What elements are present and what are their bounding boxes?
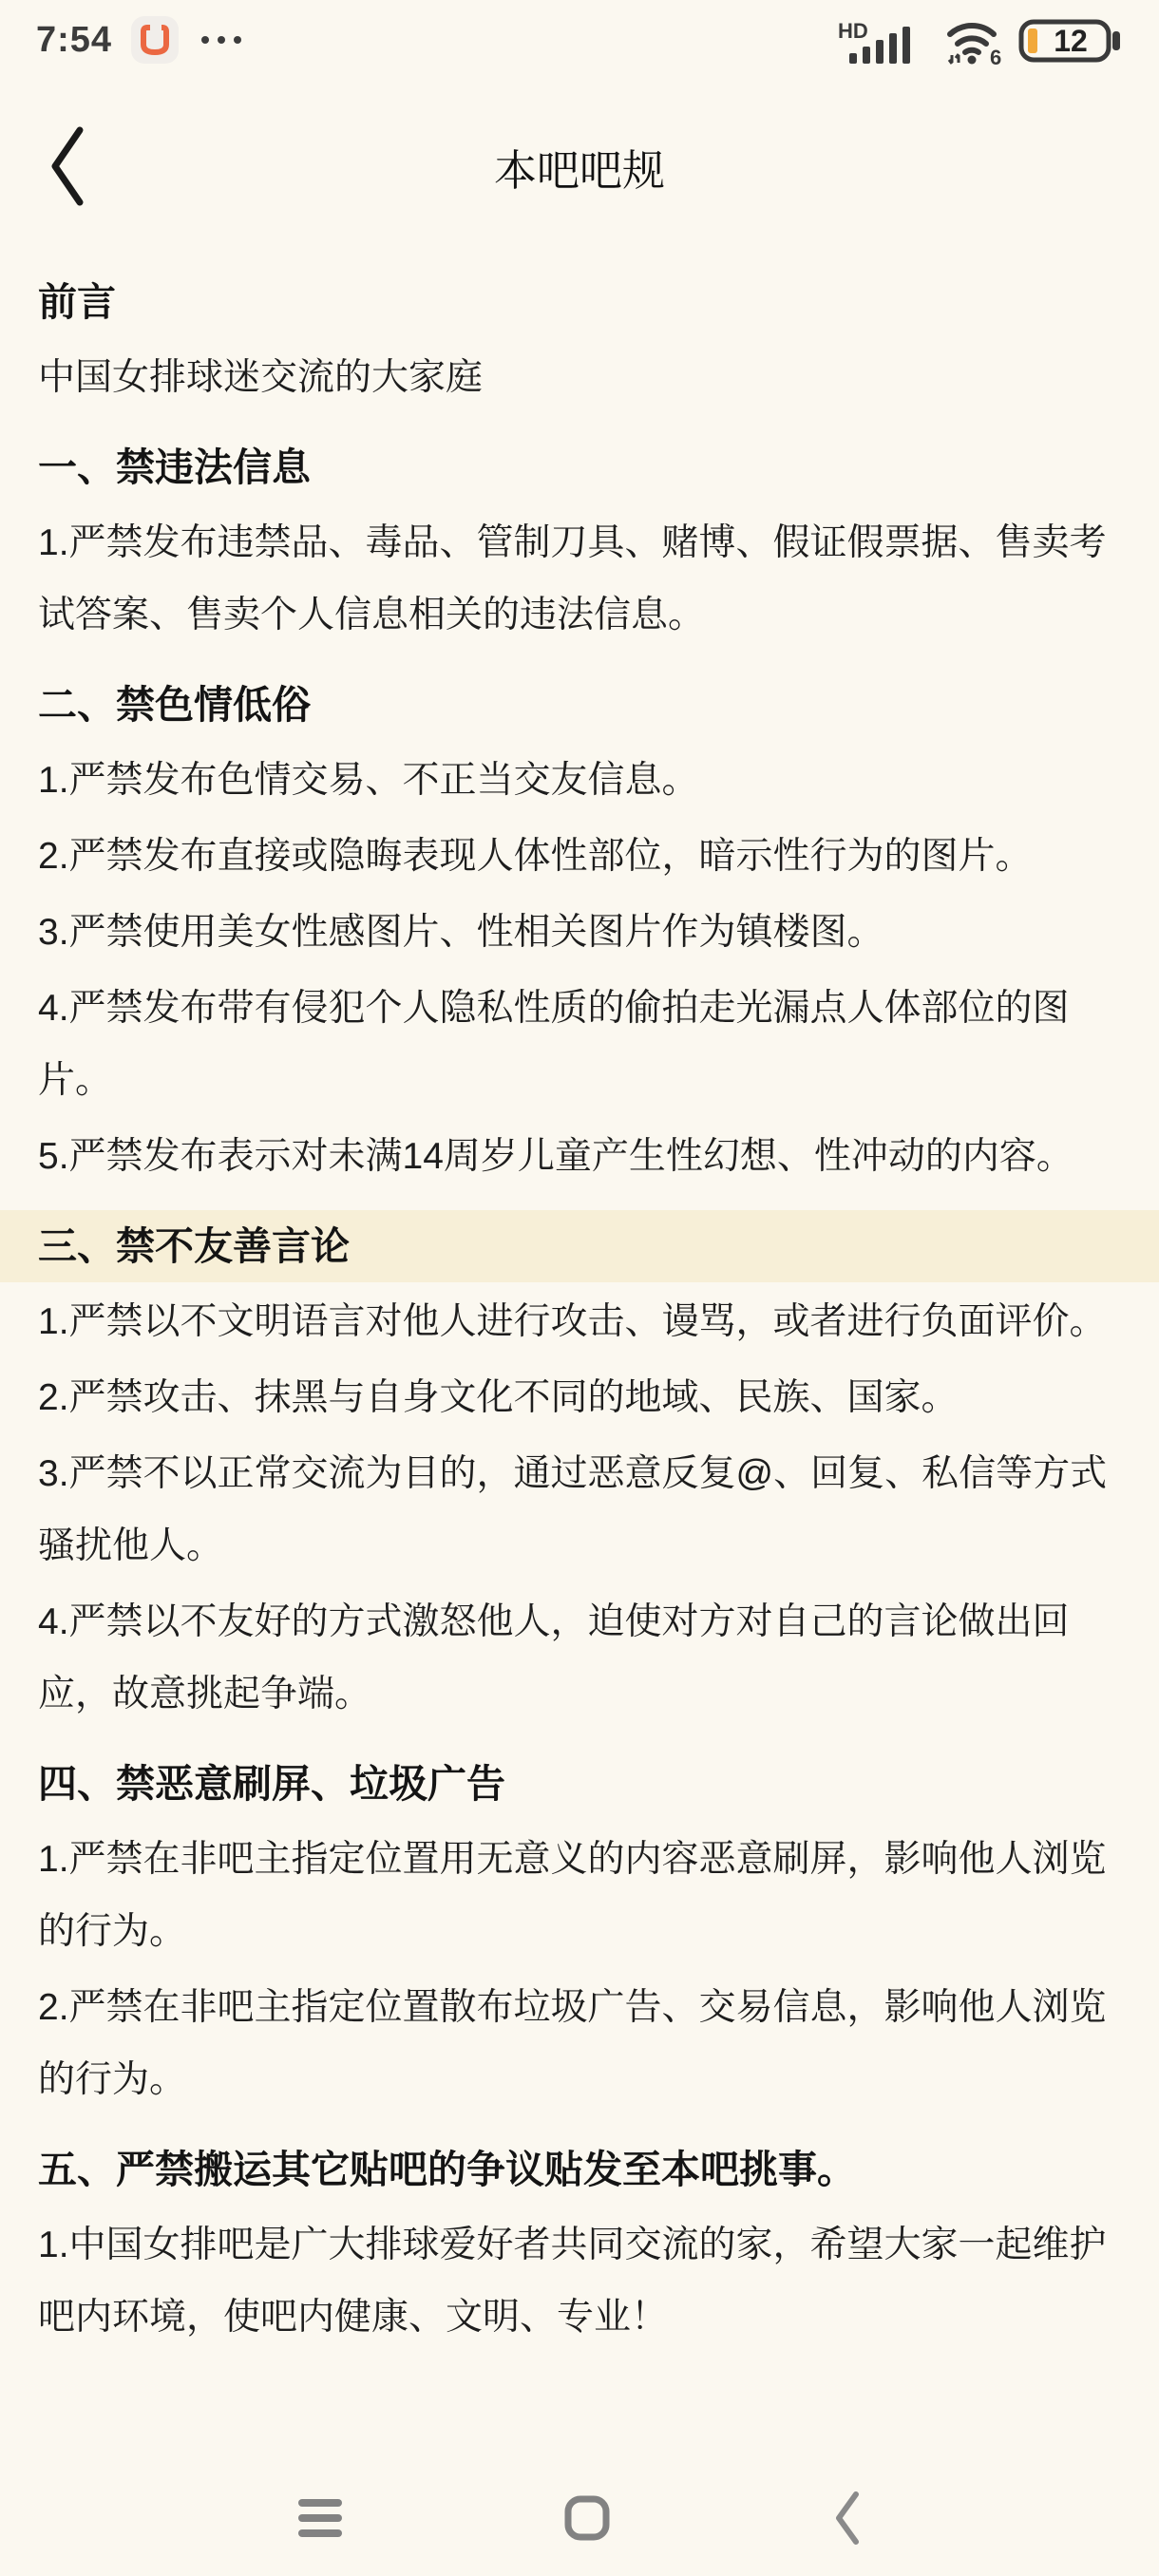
rule-item: 1.严禁在非吧主指定位置用无意义的内容恶意刷屏，影响他人浏览的行为。: [38, 1824, 1121, 1968]
rules-content: 前言 中国女排球迷交流的大家庭 一、禁违法信息 1.严禁发布违禁品、毒品、管制刀…: [0, 266, 1159, 2354]
battery-percent-label: 12: [1054, 24, 1088, 58]
rule-item: 3.严禁不以正常交流为目的，通过恶意反复@、回复、私信等方式骚扰他人。: [38, 1438, 1121, 1582]
rule-item: 4.严禁发布带有侵犯个人隐私性质的偷拍走光漏点人体部位的图片。: [38, 973, 1121, 1117]
section-heading-2: 二、禁色情低俗: [38, 669, 1121, 741]
rounded-square-icon: [564, 2495, 610, 2541]
section-heading-3: 三、禁不友善言论: [38, 1210, 1121, 1282]
recents-button[interactable]: [559, 2490, 616, 2547]
rule-item: 5.严禁发布表示对未满14周岁儿童产生性幻想、性冲动的内容。: [38, 1121, 1121, 1193]
back-button[interactable]: [40, 117, 95, 216]
status-bar-right: HD 6 12: [838, 15, 1123, 65]
section-heading-1: 一、禁违法信息: [38, 431, 1121, 503]
page-header: 本吧吧规: [0, 66, 1159, 266]
notification-ellipsis-icon: [198, 36, 241, 44]
clock: 7:54: [36, 20, 112, 61]
section-heading-5: 五、严禁搬运其它贴吧的争议贴发至本吧挑事。: [38, 2133, 1121, 2206]
wifi6-badge: 6: [990, 46, 1001, 65]
signal-strength-icon: HD: [838, 17, 929, 65]
nav-back-button[interactable]: [826, 2485, 866, 2551]
chevron-left-icon: [47, 124, 87, 208]
nav-chevron-left-icon: [832, 2491, 861, 2546]
menu-button[interactable]: [293, 2492, 348, 2544]
rule-item: 1.严禁发布违禁品、毒品、管制刀具、赌博、假证假票据、售卖考试答案、售卖个人信息…: [38, 507, 1121, 652]
battery-icon: 12: [1018, 15, 1123, 65]
hamburger-menu-icon: [298, 2498, 342, 2538]
rule-item: 中国女排球迷交流的大家庭: [38, 342, 1121, 414]
rule-item: 1.严禁发布色情交易、不正当交友信息。: [38, 745, 1121, 817]
rule-item: 2.严禁在非吧主指定位置散布垃圾广告、交易信息，影响他人浏览的行为。: [38, 1972, 1121, 2116]
status-bar-left: 7:54: [36, 16, 241, 64]
rule-item: 2.严禁攻击、抹黑与自身文化不同的地域、民族、国家。: [38, 1362, 1121, 1434]
page-title: 本吧吧规: [494, 136, 665, 198]
wifi-icon: 6: [944, 17, 1003, 65]
navigation-bar: [0, 2460, 1159, 2576]
highlighted-heading-band: 三、禁不友善言论: [0, 1210, 1159, 1282]
didi-logo-glyph: [139, 24, 171, 56]
rule-item: 1.中国女排吧是广大排球爱好者共同交流的家，希望大家一起维护吧内环境，使吧内健康…: [38, 2209, 1121, 2354]
rule-item: 1.严禁以不文明语言对他人进行攻击、谩骂，或者进行负面评价。: [38, 1286, 1121, 1358]
section-heading-4: 四、禁恶意刷屏、垃圾广告: [38, 1748, 1121, 1820]
rule-item: 4.严禁以不友好的方式激怒他人，迫使对方对自己的言论做出回应，故意挑起争端。: [38, 1586, 1121, 1731]
rule-item: 3.严禁使用美女性感图片、性相关图片作为镇楼图。: [38, 897, 1121, 969]
status-bar: 7:54 HD 6: [0, 0, 1159, 66]
rule-item: 2.严禁发布直接或隐晦表现人体性部位，暗示性行为的图片。: [38, 821, 1121, 893]
hd-label: HD: [838, 19, 868, 43]
didi-app-icon: [131, 16, 179, 64]
battery-fill-bar: [1028, 28, 1037, 53]
section-heading-preface: 前言: [38, 266, 1121, 338]
